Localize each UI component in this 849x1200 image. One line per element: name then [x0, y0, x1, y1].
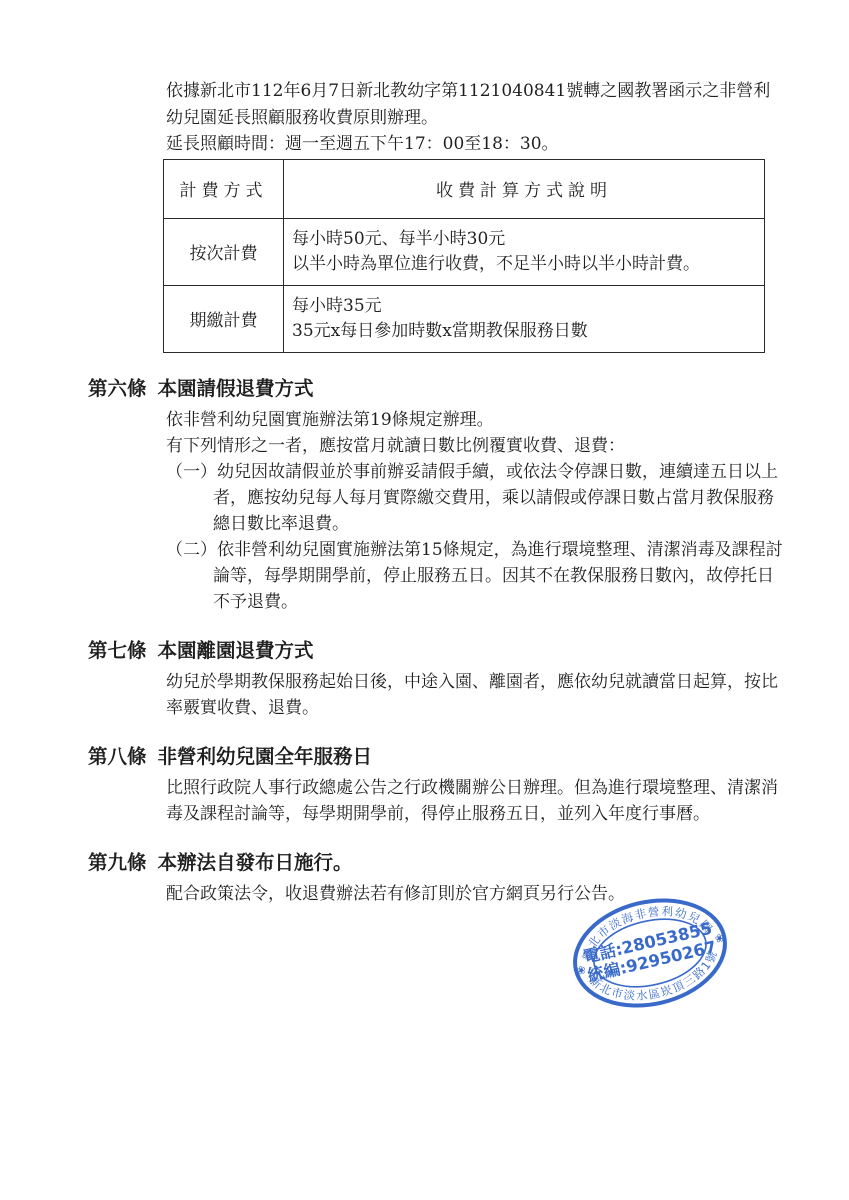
- document-page: 依據新北市112年6月7日新北教幼字第1121040841號轉之國教署函示之非營…: [0, 0, 849, 1200]
- fee-table-header-desc: 收費計算方式說明: [284, 159, 765, 218]
- fee-table-row: 期繳計費 每小時35元 35元x每日參加時數x當期教保服務日數: [164, 285, 765, 352]
- desc-cell: 每小時35元 35元x每日參加時數x當期教保服務日數: [284, 285, 765, 352]
- document-content: 依據新北市112年6月7日新北教幼字第1121040841號轉之國教署函示之非營…: [88, 78, 788, 907]
- method-cell: 期繳計費: [164, 285, 284, 352]
- list-item: （一）幼兒因故請假並於事前辦妥請假手續，或依法令停課日數，連續達五日以上者，應按…: [166, 459, 784, 537]
- article-number: 第六條: [88, 377, 147, 400]
- article-body: 幼兒於學期教保服務起始日後，中途入園、離園者，應依幼兒就讀當日起算，按比率覈實收…: [166, 669, 784, 721]
- article-7: 第七條本園離園退費方式 幼兒於學期教保服務起始日後，中途入園、離園者，應依幼兒就…: [88, 637, 788, 721]
- article-6: 第六條本園請假退費方式 依非營利幼兒園實施辦法第19條規定辦理。 有下列情形之一…: [88, 375, 788, 615]
- method-cell: 按次計費: [164, 218, 284, 285]
- article-heading: 第八條非營利幼兒園全年服務日: [88, 743, 788, 771]
- article-paragraph: 依非營利幼兒園實施辦法第19條規定辦理。: [166, 407, 784, 433]
- article-8: 第八條非營利幼兒園全年服務日 比照行政院人事行政總處公告之行政機關辦公日辦理。但…: [88, 743, 788, 827]
- item-marker: （二）: [166, 540, 217, 560]
- fee-table: 計費方式 收費計算方式說明 按次計費 每小時50元、每半小時30元 以半小時為單…: [163, 159, 765, 353]
- article-title: 本辦法自發布日施行。: [158, 851, 353, 874]
- fee-table-row: 按次計費 每小時50元、每半小時30元 以半小時為單位進行收費，不足半小時以半小…: [164, 218, 765, 285]
- item-text: 幼兒因故請假並於事前辦妥請假手續，或依法令停課日數，連續達五日以上者，應按幼兒每…: [213, 462, 778, 534]
- list-item: （二）依非營利幼兒園實施辦法第15條規定，為進行環境整理、清潔消毒及課程討論等，…: [166, 537, 784, 615]
- desc-line: 35元x每日參加時數x當期教保服務日數: [292, 319, 756, 344]
- item-text: 依非營利幼兒園實施辦法第15條規定，為進行環境整理、清潔消毒及課程討論等，每學期…: [213, 540, 783, 612]
- article-heading: 第九條本辦法自發布日施行。: [88, 849, 788, 877]
- article-paragraph: 比照行政院人事行政總處公告之行政機關辦公日辦理。但為進行環境整理、清潔消毒及課程…: [166, 775, 784, 827]
- desc-cell: 每小時50元、每半小時30元 以半小時為單位進行收費，不足半小時以半小時計費。: [284, 218, 765, 285]
- fee-table-header-method: 計費方式: [164, 159, 284, 218]
- article-paragraph: 有下列情形之一者，應按當月就讀日數比例覆實收費、退費：: [166, 433, 784, 459]
- desc-line: 每小時35元: [292, 294, 756, 319]
- article-body: 依非營利幼兒園實施辦法第19條規定辦理。 有下列情形之一者，應按當月就讀日數比例…: [166, 407, 784, 615]
- article-heading: 第六條本園請假退費方式: [88, 375, 788, 403]
- desc-line: 每小時50元、每半小時30元: [292, 227, 756, 252]
- article-body: 比照行政院人事行政總處公告之行政機關辦公日辦理。但為進行環境整理、清潔消毒及課程…: [166, 775, 784, 827]
- desc-line: 以半小時為單位進行收費，不足半小時以半小時計費。: [292, 252, 756, 277]
- article-number: 第七條: [88, 639, 147, 662]
- article-number: 第九條: [88, 851, 147, 874]
- intro-paragraph: 依據新北市112年6月7日新北教幼字第1121040841號轉之國教署函示之非營…: [166, 78, 784, 131]
- item-marker: （一）: [166, 462, 217, 482]
- article-heading: 第七條本園離園退費方式: [88, 637, 788, 665]
- article-paragraph: 幼兒於學期教保服務起始日後，中途入園、離園者，應依幼兒就讀當日起算，按比率覈實收…: [166, 669, 784, 721]
- fee-table-header-row: 計費方式 收費計算方式說明: [164, 159, 765, 218]
- article-title: 非營利幼兒園全年服務日: [158, 745, 373, 768]
- article-title: 本園離園退費方式: [158, 639, 314, 662]
- article-title: 本園請假退費方式: [158, 377, 314, 400]
- intro-schedule-line: 延長照顧時間：週一至週五下午17：00至18：30。: [166, 131, 784, 158]
- article-number: 第八條: [88, 745, 147, 768]
- intro-block: 依據新北市112年6月7日新北教幼字第1121040841號轉之國教署函示之非營…: [88, 78, 788, 158]
